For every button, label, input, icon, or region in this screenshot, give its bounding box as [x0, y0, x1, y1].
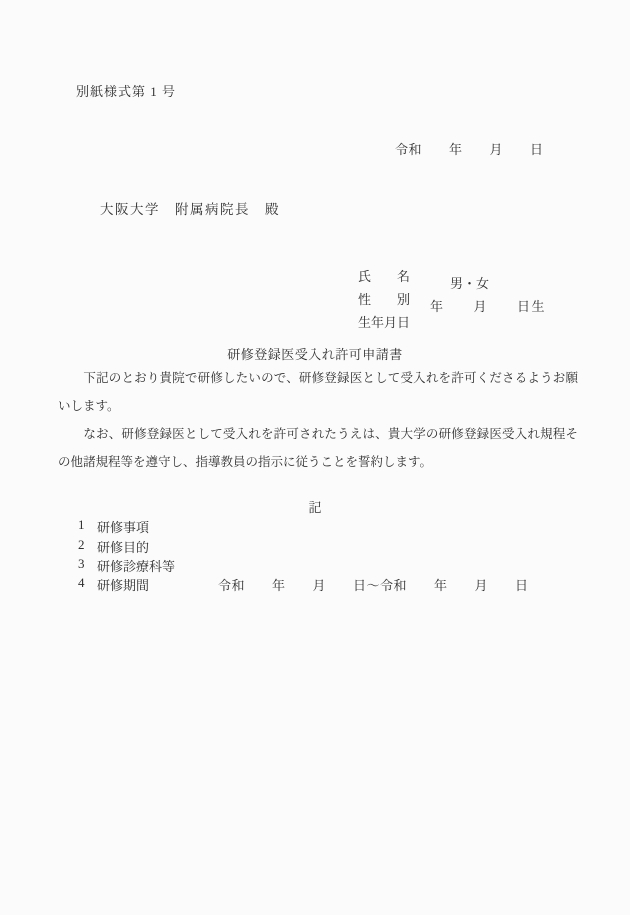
item-number: 4 [78, 575, 85, 591]
addressee: 大阪大学 附属病院長 殿 [100, 198, 280, 218]
date-line: 令和 年 月 日 [395, 139, 544, 158]
sex-options: 男・女 [450, 273, 489, 292]
item-number: 3 [78, 556, 85, 572]
item-label: 研修目的 [97, 537, 149, 556]
item-label: 研修事項 [97, 517, 149, 536]
item-label: 研修診療科等 [97, 556, 175, 575]
item-number: 2 [78, 537, 85, 553]
paragraph-request: 下記のとおり貴院で研修したいので、研修登録医として受入れを許可くださるようお願い… [58, 364, 578, 420]
document-page: 別紙様式第 1 号 令和 年 月 日 大阪大学 附属病院長 殿 氏 名 性 別 … [0, 0, 630, 915]
item-value: 令和 年 月 日～令和 年 月 日 [218, 575, 529, 594]
record-heading: 記 [0, 497, 630, 516]
paragraph-pledge: なお、研修登録医として受入れを許可されたうえは、貴大学の研修登録医受入れ規程その… [58, 420, 578, 476]
item-number: 1 [78, 517, 85, 533]
item-label: 研修期間 [97, 575, 149, 594]
document-title: 研修登録医受入れ許可申請書 [0, 344, 630, 363]
form-number: 別紙様式第 1 号 [76, 81, 176, 100]
birthdate-label: 生年月日 [358, 315, 410, 330]
birthdate-value: 年 月 日生 [430, 296, 546, 315]
